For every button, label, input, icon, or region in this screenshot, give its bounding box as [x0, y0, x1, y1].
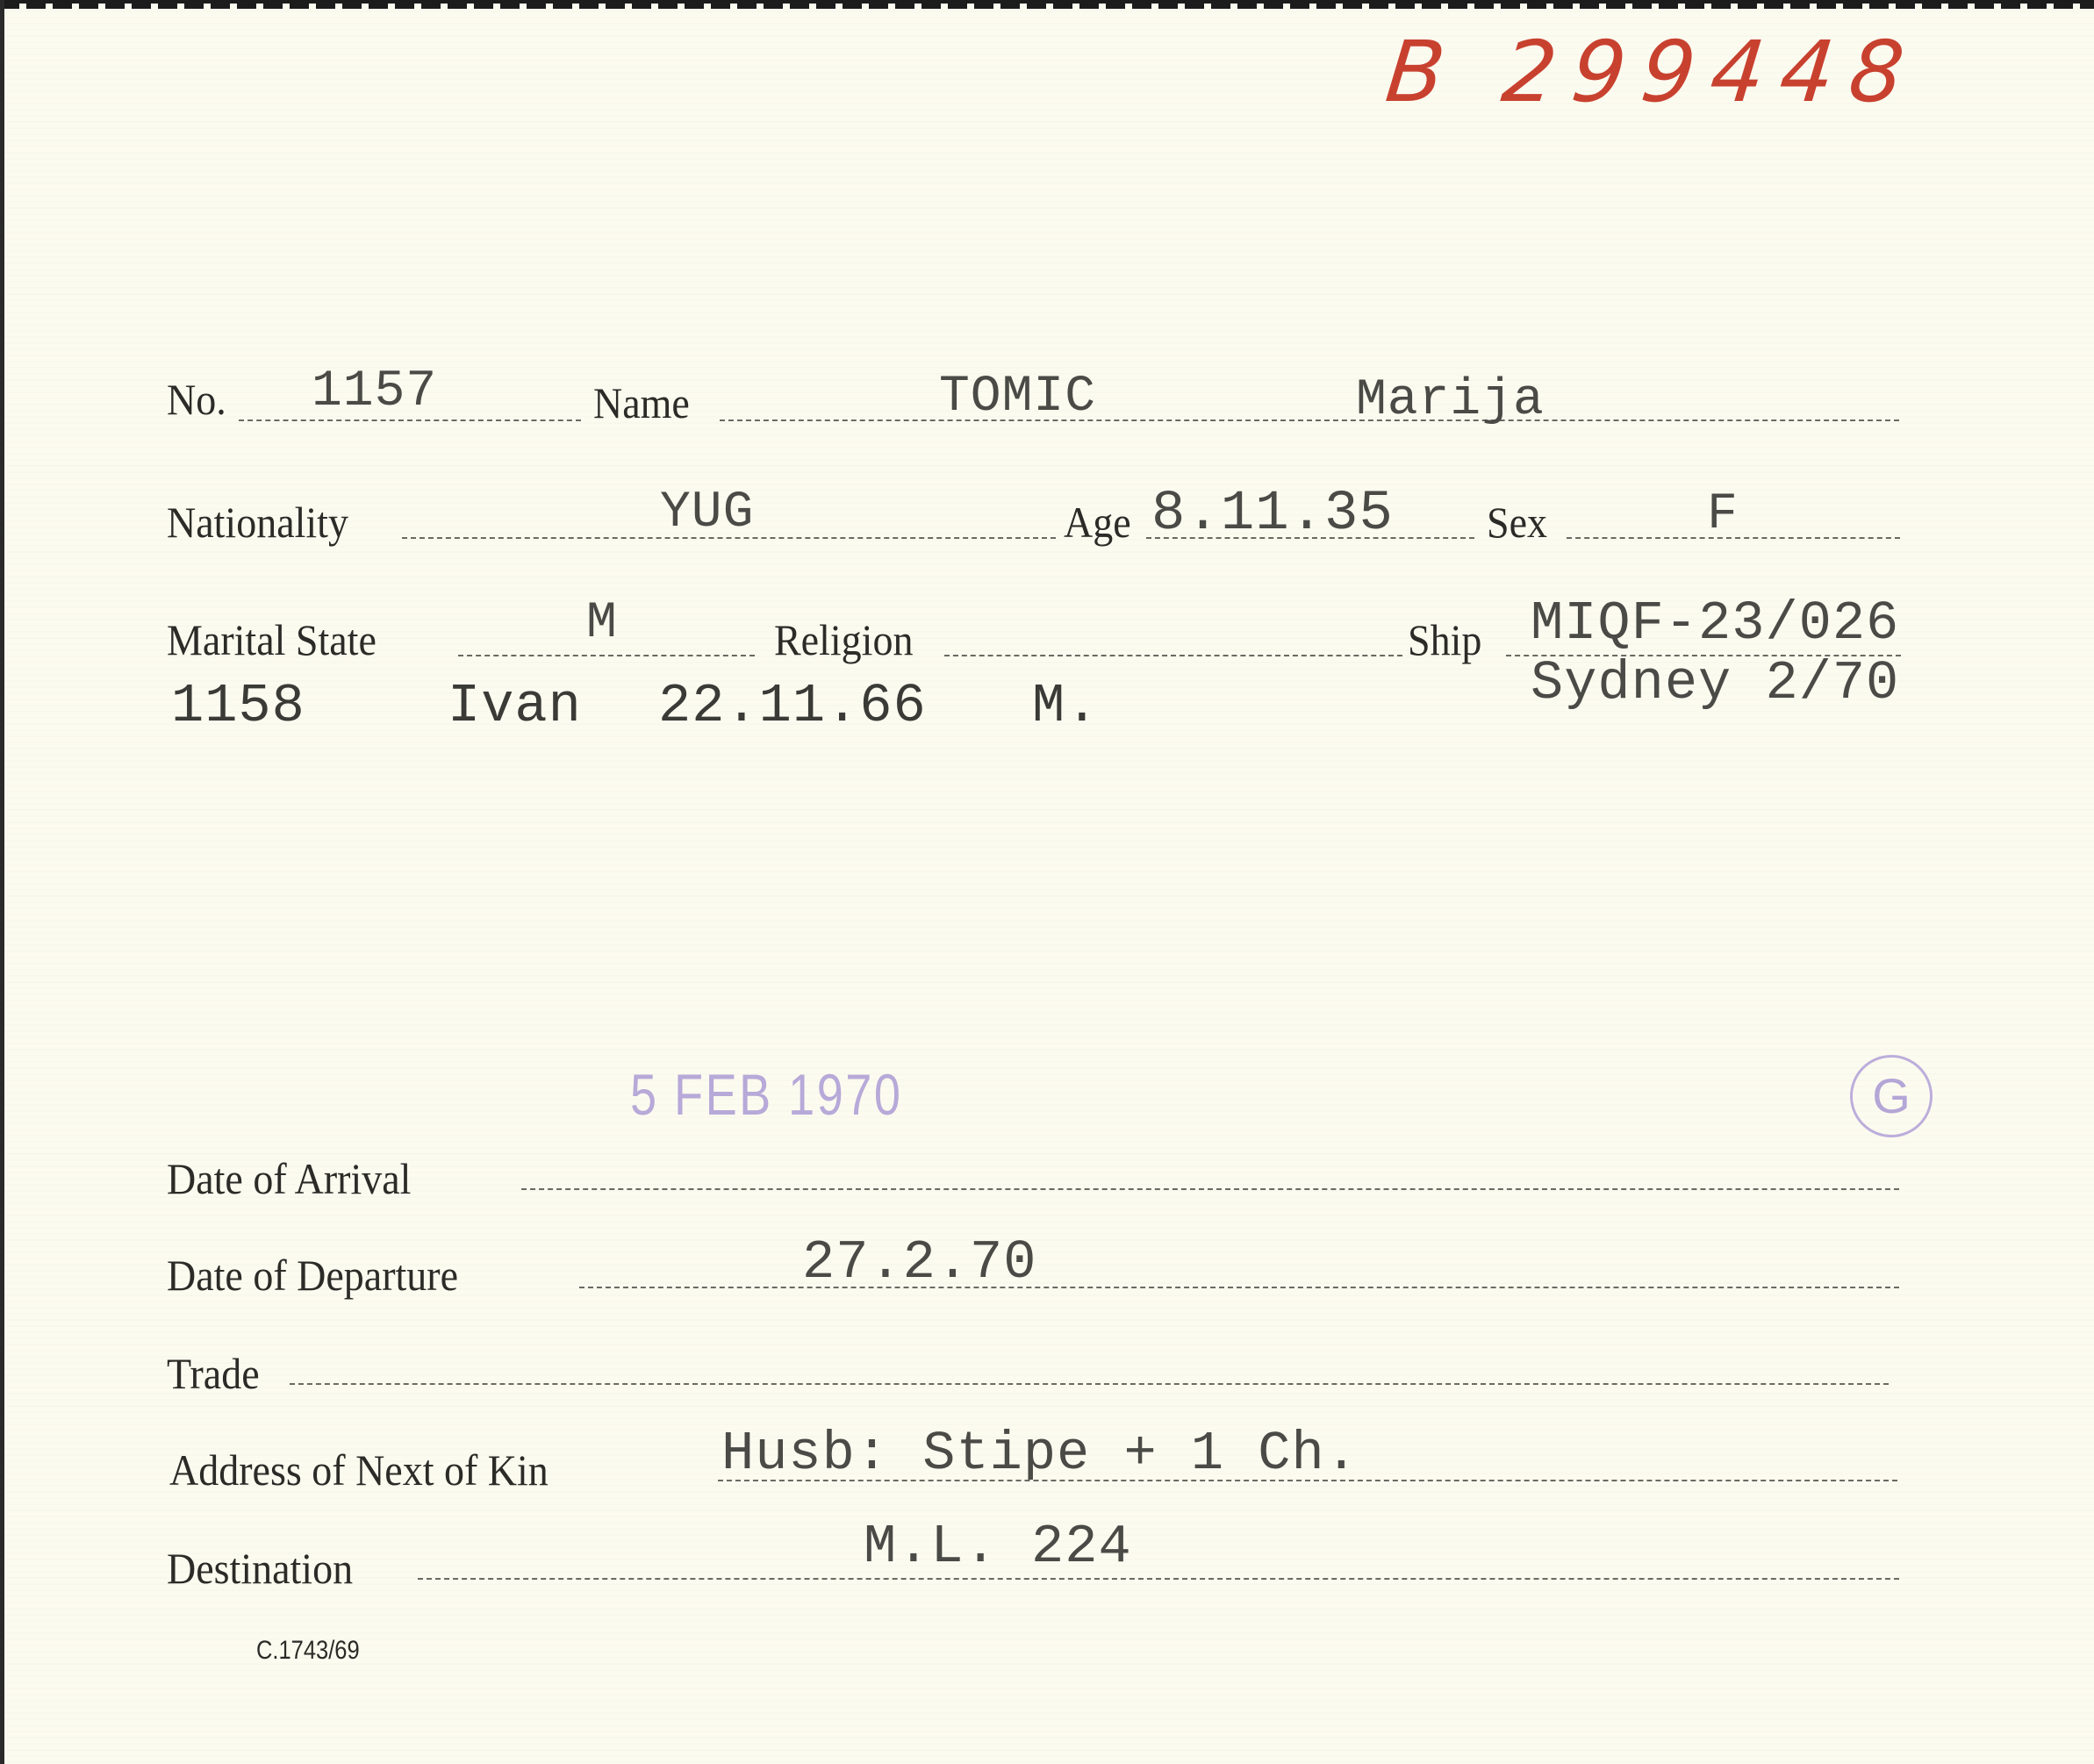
ship-value-line2: Sydney 2/70	[1531, 656, 1899, 711]
reference-number: B 299448	[1382, 30, 1924, 114]
dependent-dob: 22.11.66	[658, 679, 927, 734]
registration-card: B 299448 No. 1157 Name TOMIC Marija Nati…	[0, 0, 2094, 1764]
age-label: Age	[1064, 500, 1131, 544]
no-label: No.	[167, 377, 226, 421]
ship-value-line1: MIQF-23/026	[1531, 597, 1899, 651]
date-of-arrival-label: Date of Arrival	[167, 1157, 411, 1201]
marital-state-value: M	[586, 599, 618, 649]
date-of-departure-label: Date of Departure	[167, 1253, 458, 1297]
dependent-no: 1158	[171, 679, 305, 734]
date-of-departure-value: 27.2.70	[802, 1236, 1036, 1290]
top-edge-border	[0, 0, 2094, 4]
no-value: 1157	[312, 367, 437, 418]
destination-field-line	[418, 1578, 1899, 1580]
date-of-departure-field-line	[579, 1287, 1899, 1288]
ship-label: Ship	[1408, 618, 1481, 662]
destination-label: Destination	[167, 1546, 353, 1590]
marital-state-field-line	[458, 655, 755, 656]
given-name-value: Marija	[1356, 376, 1545, 427]
dependent-name: Ivan	[448, 679, 582, 734]
sex-value: F	[1707, 490, 1739, 541]
sex-label: Sex	[1487, 500, 1547, 544]
age-value: 8.11.35	[1151, 486, 1394, 542]
g-circle-stamp: G	[1850, 1055, 1933, 1137]
nationality-label: Nationality	[167, 500, 348, 544]
date-stamp: 5 FEB 1970	[630, 1065, 902, 1123]
trade-label: Trade	[167, 1352, 260, 1395]
religion-label: Religion	[774, 618, 913, 662]
left-edge-border	[0, 0, 4, 1764]
destination-value: M.L. 224	[864, 1520, 1132, 1574]
nationality-value: YUG	[660, 488, 754, 539]
address-next-of-kin-value: Husb: Stipe + 1 Ch.	[721, 1427, 1359, 1481]
dependent-sex: M.	[1032, 679, 1099, 734]
name-label: Name	[593, 381, 690, 425]
date-of-arrival-field-line	[521, 1188, 1899, 1190]
g-stamp-letter: G	[1872, 1072, 1911, 1121]
religion-field-line	[944, 655, 1402, 656]
address-next-of-kin-label: Address of Next of Kin	[169, 1448, 549, 1492]
name-field-line	[720, 419, 1899, 421]
marital-state-label: Marital State	[167, 618, 376, 662]
form-code: C.1743/69	[256, 1636, 360, 1666]
surname-value: TOMIC	[939, 372, 1096, 423]
trade-field-line	[290, 1383, 1889, 1385]
